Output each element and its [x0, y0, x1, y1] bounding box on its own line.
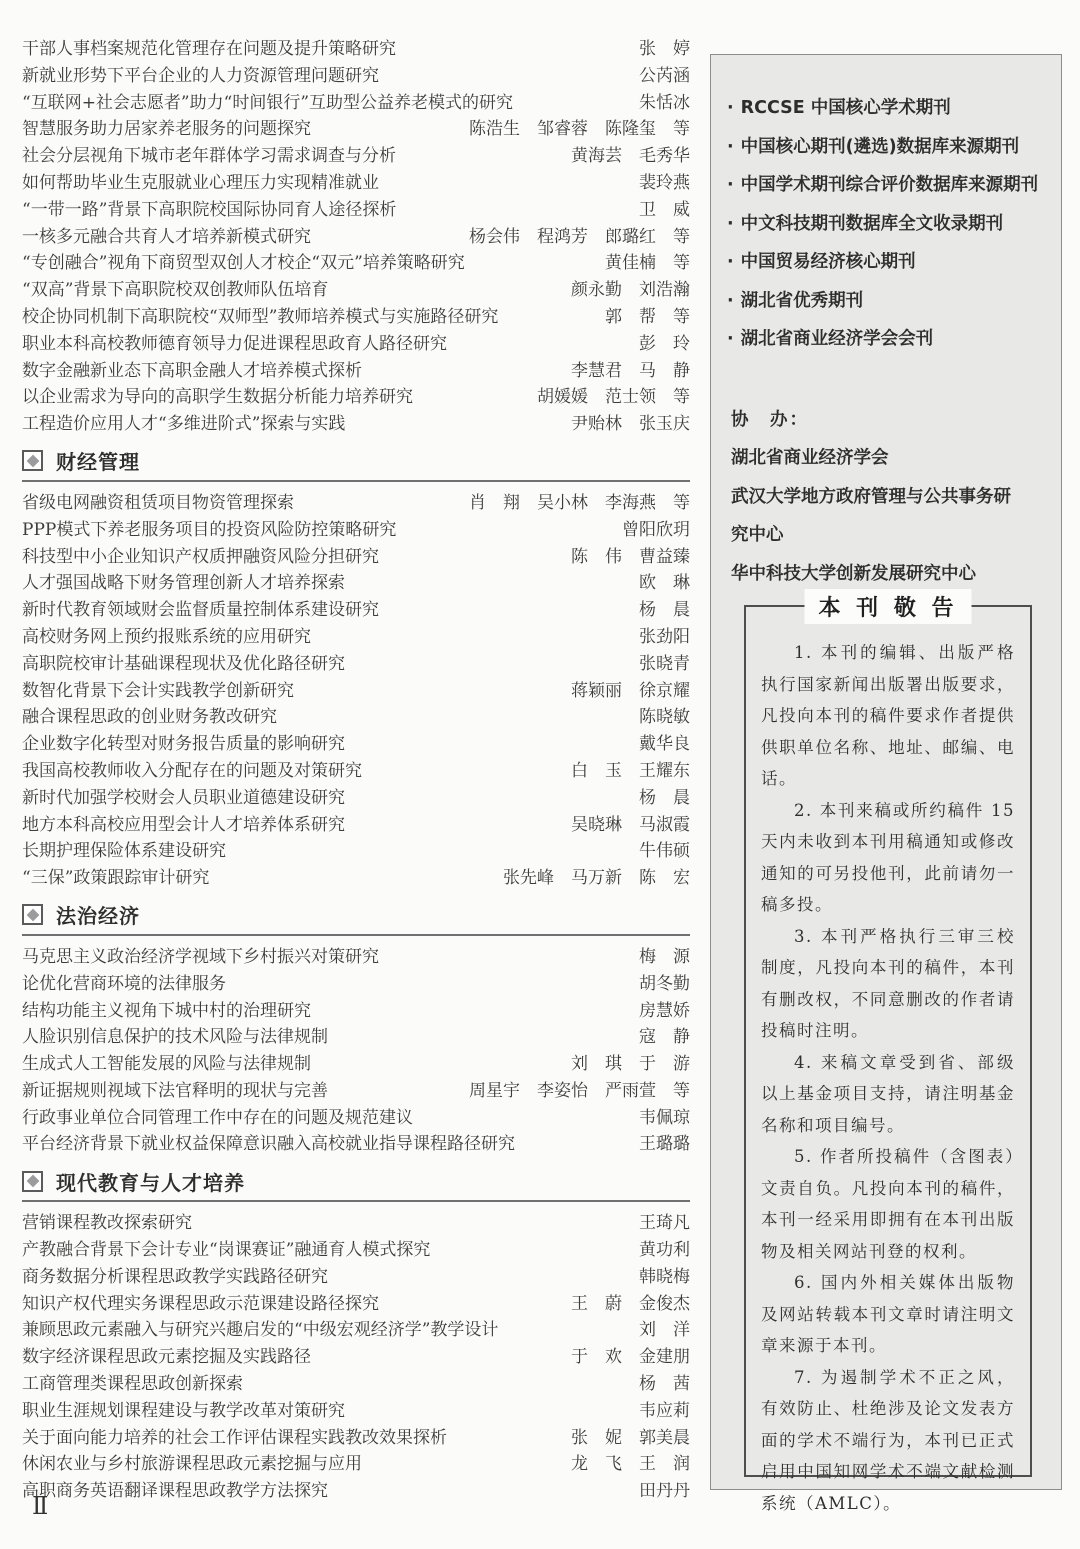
article-authors: 朱恬冰: [627, 90, 690, 117]
article-title: 以企业需求为导向的高职学生数据分析能力培养研究: [22, 384, 413, 411]
article-title: 新时代教育领域财会监督质量控制体系建设研究: [22, 597, 379, 624]
section-title: 现代教育与人才培养: [56, 1167, 245, 1196]
article-title: 数智化背景下会计实践教学创新研究: [22, 678, 294, 705]
section-divider: [22, 480, 690, 482]
notice-paragraph: 1. 本刊的编辑、出版严格执行国家新闻出版署出版要求，凡投向本刊的稿件要求作者提…: [761, 637, 1015, 795]
article-authors: 龙 飞 王 润: [559, 1451, 690, 1478]
toc-article-row: 人才强国战略下财务管理创新人才培养探索 欧 琳: [22, 570, 690, 597]
toc-article-row: 智慧服务助力居家养老服务的问题探究 陈浩生 邹睿蓉 陈隆玺 等: [22, 116, 690, 143]
toc-article-row: 兼顾思政元素融入与研究兴趣启发的“中级宏观经济学”教学设计 刘 洋: [22, 1317, 690, 1344]
toc-article-row: 社会分层视角下城市老年群体学习需求调查与分析 黄海芸 毛秀华: [22, 143, 690, 170]
article-authors: 黄佳楠 等: [593, 250, 690, 277]
toc-article-row: 新证据规则视域下法官释明的现状与完善 周星宇 李姿怡 严雨萱 等: [22, 1078, 690, 1105]
co-organizer-name: 武汉大学地方政府管理与公共事务研究中心: [731, 478, 1023, 555]
bullet-icon: ·: [727, 89, 734, 128]
article-authors: 裴玲燕: [627, 170, 690, 197]
section-header: 现代教育与人才培养: [22, 1166, 690, 1202]
article-title: 人才强国战略下财务管理创新人才培养探索: [22, 570, 345, 597]
accolade-item: · RCCSE 中国核心学术期刊: [727, 89, 1051, 128]
toc-article-row: 高校财务网上预约报账系统的应用研究 张劲阳: [22, 624, 690, 651]
article-title: 马克思主义政治经济学视域下乡村振兴对策研究: [22, 944, 379, 971]
toc-article-row: 商务数据分析课程思政教学实践路径研究 韩晓梅: [22, 1264, 690, 1291]
accolade-item: · 中国学术期刊综合评价数据库来源期刊: [727, 166, 1051, 205]
toc-article-row: 论优化营商环境的法律服务 胡冬勤: [22, 971, 690, 998]
article-authors: 张先峰 马万新 陈 宏: [491, 865, 690, 892]
article-title: 高校财务网上预约报账系统的应用研究: [22, 624, 311, 651]
article-title: 产教融合背景下会计专业“岗课赛证”融通育人模式探究: [22, 1237, 430, 1264]
article-title: 如何帮助毕业生克服就业心理压力实现精准就业: [22, 170, 379, 197]
article-title: PPP模式下养老服务项目的投资风险防控策略研究: [22, 517, 396, 544]
article-authors: 陈 伟 曹益臻: [559, 544, 690, 571]
toc-article-row: “专创融合”视角下商贸型双创人才校企“双元”培养策略研究 黄佳楠 等: [22, 250, 690, 277]
article-authors: 王 蔚 金俊杰: [559, 1291, 690, 1318]
article-authors: 卫 威: [627, 197, 690, 224]
article-title: “三保”政策跟踪审计研究: [22, 865, 209, 892]
accolade-item: · 湖北省商业经济学会会刊: [727, 320, 1051, 359]
section-divider: [22, 934, 690, 936]
article-authors: 杨 晨: [627, 785, 690, 812]
accolade-text: 中国核心期刊(遴选)数据库来源期刊: [741, 128, 1020, 167]
toc-article-row: 高职商务英语翻译课程思政教学方法探究 田丹丹: [22, 1478, 690, 1505]
accolade-text: 中国贸易经济核心期刊: [741, 243, 916, 282]
article-authors: 张 妮 郭美晨: [559, 1425, 690, 1452]
article-title: 地方本科高校应用型会计人才培养体系研究: [22, 812, 345, 839]
notice-paragraph: 4. 来稿文章受到省、部级以上基金项目支持，请注明基金名称和项目编号。: [761, 1047, 1015, 1142]
article-title: 行政事业单位合同管理工作中存在的问题及规范建议: [22, 1105, 413, 1132]
toc-article-row: 融合课程思政的创业财务教改研究 陈晓敏: [22, 704, 690, 731]
co-organizer-names: 湖北省商业经济学会 武汉大学地方政府管理与公共事务研究中心 华中科技大学创新发展…: [731, 439, 1023, 593]
toc-article-row: 营销课程教改探索研究 王琦凡: [22, 1210, 690, 1237]
notice-paragraph: 6. 国内外相关媒体出版物及网站转载本刊文章时请注明文章来源于本刊。: [761, 1267, 1015, 1362]
toc-article-row: 数字金融新业态下高职金融人才培养模式探析 李慧君 马 静: [22, 358, 690, 385]
article-authors: 胡冬勤: [627, 971, 690, 998]
article-title: 知识产权代理实务课程思政示范课建设路径探究: [22, 1291, 379, 1318]
co-organizer-name: 湖北省商业经济学会: [731, 439, 1023, 478]
article-authors: 郭 帮 等: [593, 304, 690, 331]
article-title: 干部人事档案规范化管理存在问题及提升策略研究: [22, 36, 396, 63]
article-authors: 白 玉 王耀东: [559, 758, 690, 785]
article-title: 我国高校教师收入分配存在的问题及对策研究: [22, 758, 362, 785]
toc-article-row: 科技型中小企业知识产权质押融资风险分担研究 陈 伟 曹益臻: [22, 544, 690, 571]
article-authors: 房慧娇: [627, 998, 690, 1025]
toc-article-row: “一带一路”背景下高职院校国际协同育人途径探析 卫 威: [22, 197, 690, 224]
article-authors: 周星宇 李姿怡 严雨萱 等: [457, 1078, 690, 1105]
article-title: 生成式人工智能发展的风险与法律规制: [22, 1051, 311, 1078]
article-authors: 刘 琪 于 游: [559, 1051, 690, 1078]
article-authors: 彭 玲: [627, 331, 690, 358]
article-authors: 欧 琳: [627, 570, 690, 597]
toc-article-row: 长期护理保险体系建设研究 牛伟硕: [22, 838, 690, 865]
article-authors: 张劲阳: [627, 624, 690, 651]
toc-article-row: 以企业需求为导向的高职学生数据分析能力培养研究 胡媛媛 范士领 等: [22, 384, 690, 411]
article-authors: 陈浩生 邹睿蓉 陈隆玺 等: [457, 116, 690, 143]
article-title: 商务数据分析课程思政教学实践路径研究: [22, 1264, 328, 1291]
article-title: 智慧服务助力居家养老服务的问题探究: [22, 116, 311, 143]
toc-article-row: 新时代教育领域财会监督质量控制体系建设研究 杨 晨: [22, 597, 690, 624]
notice-body: 1. 本刊的编辑、出版严格执行国家新闻出版署出版要求，凡投向本刊的稿件要求作者提…: [746, 607, 1030, 1519]
toc-article-row: 新时代加强学校财会人员职业道德建设研究 杨 晨: [22, 785, 690, 812]
article-authors: 梅 源: [627, 944, 690, 971]
article-title: 新证据规则视域下法官释明的现状与完善: [22, 1078, 328, 1105]
article-authors: 张 婷: [627, 36, 690, 63]
accolade-text: RCCSE 中国核心学术期刊: [741, 89, 951, 128]
toc-article-row: 新就业形势下平台企业的人力资源管理问题研究 公芮涵: [22, 63, 690, 90]
toc-article-row: 知识产权代理实务课程思政示范课建设路径探究 王 蔚 金俊杰: [22, 1291, 690, 1318]
accolade-item: · 中文科技期刊数据库全文收录期刊: [727, 205, 1051, 244]
notice-box: 本 刊 敬 告 1. 本刊的编辑、出版严格执行国家新闻出版署出版要求，凡投向本刊…: [744, 605, 1032, 1477]
article-authors: 寇 静: [627, 1024, 690, 1051]
accolade-item: · 中国核心期刊(遴选)数据库来源期刊: [727, 128, 1051, 167]
co-organizer-name: 华中科技大学创新发展研究中心: [731, 555, 1023, 594]
article-title: 高职院校审计基础课程现状及优化路径研究: [22, 651, 345, 678]
article-authors: 牛伟硕: [627, 838, 690, 865]
article-authors: 王琦凡: [627, 1210, 690, 1237]
article-title: 新时代加强学校财会人员职业道德建设研究: [22, 785, 345, 812]
article-authors: 王璐璐: [627, 1131, 690, 1158]
notice-title: 本 刊 敬 告: [805, 589, 972, 624]
toc-article-row: 平台经济背景下就业权益保障意识融入高校就业指导课程路径研究 王璐璐: [22, 1131, 690, 1158]
bullet-icon: ·: [727, 166, 734, 205]
article-title: 高职商务英语翻译课程思政教学方法探究: [22, 1478, 328, 1505]
toc-article-row: 干部人事档案规范化管理存在问题及提升策略研究 张 婷: [22, 36, 690, 63]
article-title: “专创融合”视角下商贸型双创人才校企“双元”培养策略研究: [22, 250, 465, 277]
toc-article-row: 职业本科高校教师德育领导力促进课程思政育人路径研究 彭 玲: [22, 331, 690, 358]
accolade-list: · RCCSE 中国核心学术期刊 · 中国核心期刊(遴选)数据库来源期刊 · 中…: [727, 89, 1051, 359]
accolade-text: 中国学术期刊综合评价数据库来源期刊: [741, 166, 1039, 205]
toc-article-row: 数字经济课程思政元素挖掘及实践路径 于 欢 金建朋: [22, 1344, 690, 1371]
article-title: 职业生涯规划课程建设与教学改革对策研究: [22, 1398, 345, 1425]
bullet-icon: ·: [727, 282, 734, 321]
article-authors: 刘 洋: [627, 1317, 690, 1344]
section-title: 财经管理: [56, 446, 140, 475]
diamond-icon: [22, 450, 43, 471]
article-authors: 胡媛媛 范士领 等: [525, 384, 690, 411]
article-title: 长期护理保险体系建设研究: [22, 838, 226, 865]
article-title: 工商管理类课程思政创新探索: [22, 1371, 243, 1398]
journal-toc-page: 干部人事档案规范化管理存在问题及提升策略研究 张 婷 新就业形势下平台企业的人力…: [0, 0, 1080, 1549]
page-number: Ⅱ: [32, 1492, 48, 1520]
bullet-icon: ·: [727, 205, 734, 244]
toc-article-row: 工商管理类课程思政创新探索 杨 茜: [22, 1371, 690, 1398]
article-title: 企业数字化转型对财务报告质量的影响研究: [22, 731, 345, 758]
article-authors: 韦应莉: [627, 1398, 690, 1425]
article-authors: 颜永勤 刘浩瀚: [559, 277, 690, 304]
article-title: 新就业形势下平台企业的人力资源管理问题研究: [22, 63, 379, 90]
toc-article-row: 高职院校审计基础课程现状及优化路径研究 张晓青: [22, 651, 690, 678]
article-title: 省级电网融资租赁项目物资管理探索: [22, 490, 294, 517]
article-authors: 张晓青: [627, 651, 690, 678]
article-authors: 尹贻林 张玉庆: [559, 411, 690, 438]
article-authors: 陈晓敏: [627, 704, 690, 731]
co-organizer-block: 协 办： 湖北省商业经济学会 武汉大学地方政府管理与公共事务研究中心 华中科技大…: [731, 401, 1023, 594]
section-title: 法治经济: [56, 900, 140, 929]
toc-article-row: 休闲农业与乡村旅游课程思政元素挖掘与应用 龙 飞 王 润: [22, 1451, 690, 1478]
accolade-item: · 中国贸易经济核心期刊: [727, 243, 1051, 282]
article-title: 营销课程教改探索研究: [22, 1210, 192, 1237]
toc-article-row: 职业生涯规划课程建设与教学改革对策研究 韦应莉: [22, 1398, 690, 1425]
section-divider: [22, 1200, 690, 1202]
toc-article-row: “互联网+社会志愿者”助力“时间银行”互助型公益养老模式的研究 朱恬冰: [22, 90, 690, 117]
toc-article-row: 我国高校教师收入分配存在的问题及对策研究 白 玉 王耀东: [22, 758, 690, 785]
co-organizer-label: 协 办：: [731, 401, 1023, 440]
article-authors: 戴华良: [627, 731, 690, 758]
article-title: 休闲农业与乡村旅游课程思政元素挖掘与应用: [22, 1451, 362, 1478]
notice-paragraph: 5. 作者所投稿件（含图表）文责自负。凡投向本刊的稿件，本刊一经采用即拥有在本刊…: [761, 1141, 1015, 1267]
toc-article-row: 生成式人工智能发展的风险与法律规制 刘 琪 于 游: [22, 1051, 690, 1078]
article-authors: 吴晓琳 马淑霞: [559, 812, 690, 839]
accolade-text: 湖北省优秀期刊: [741, 282, 864, 321]
toc-article-row: 校企协同机制下高职院校“双师型”教师培养模式与实施路径研究 郭 帮 等: [22, 304, 690, 331]
bullet-icon: ·: [727, 320, 734, 359]
article-title: 校企协同机制下高职院校“双师型”教师培养模式与实施路径研究: [22, 304, 498, 331]
article-authors: 黄功利: [627, 1237, 690, 1264]
article-authors: 黄海芸 毛秀华: [559, 143, 690, 170]
notice-paragraph: 2. 本刊来稿或所约稿件 15 天内未收到本刊用稿通知或修改通知的可另投他刊，此…: [761, 795, 1015, 921]
sidebar-panel: · RCCSE 中国核心学术期刊 · 中国核心期刊(遴选)数据库来源期刊 · 中…: [710, 54, 1062, 1490]
article-title: 关于面向能力培养的社会工作评估课程实践教改效果探析: [22, 1425, 447, 1452]
toc-article-row: 省级电网融资租赁项目物资管理探索 肖 翔 吴小林 李海燕 等: [22, 490, 690, 517]
toc-article-row: 数智化背景下会计实践教学创新研究 蒋颖丽 徐京耀: [22, 678, 690, 705]
article-authors: 肖 翔 吴小林 李海燕 等: [457, 490, 690, 517]
accolade-text: 湖北省商业经济学会会刊: [741, 320, 934, 359]
accolade-text: 中文科技期刊数据库全文收录期刊: [741, 205, 1004, 244]
toc-article-row: 人脸识别信息保护的技术风险与法律规制 寇 静: [22, 1024, 690, 1051]
toc-article-row: 关于面向能力培养的社会工作评估课程实践教改效果探析 张 妮 郭美晨: [22, 1425, 690, 1452]
diamond-icon: [22, 904, 43, 925]
toc-article-row: PPP模式下养老服务项目的投资风险防控策略研究 曾阳欣玥: [22, 517, 690, 544]
toc-column: 干部人事档案规范化管理存在问题及提升策略研究 张 婷 新就业形势下平台企业的人力…: [22, 36, 690, 1505]
toc-article-row: “双高”背景下高职院校双创教师队伍培育 颜永勤 刘浩瀚: [22, 277, 690, 304]
article-authors: 韦佩琼: [627, 1105, 690, 1132]
toc-article-row: 工程造价应用人才“多维进阶式”探索与实践 尹贻林 张玉庆: [22, 411, 690, 438]
article-authors: 公芮涵: [627, 63, 690, 90]
article-authors: 曾阳欣玥: [610, 517, 690, 544]
bullet-icon: ·: [727, 128, 734, 167]
toc-article-row: 企业数字化转型对财务报告质量的影响研究 戴华良: [22, 731, 690, 758]
article-title: 科技型中小企业知识产权质押融资风险分担研究: [22, 544, 379, 571]
article-authors: 李慧君 马 静: [559, 358, 690, 385]
article-title: “双高”背景下高职院校双创教师队伍培育: [22, 277, 328, 304]
article-title: 社会分层视角下城市老年群体学习需求调查与分析: [22, 143, 396, 170]
article-title: 结构功能主义视角下城中村的治理研究: [22, 998, 311, 1025]
toc-article-row: 一核多元融合共育人才培养新模式研究 杨会伟 程鸿芳 郎璐红 等: [22, 224, 690, 251]
diamond-icon: [22, 1171, 43, 1192]
article-title: 融合课程思政的创业财务教改研究: [22, 704, 277, 731]
article-authors: 杨 晨: [627, 597, 690, 624]
article-title: “互联网+社会志愿者”助力“时间银行”互助型公益养老模式的研究: [22, 90, 513, 117]
toc-article-row: 结构功能主义视角下城中村的治理研究 房慧娇: [22, 998, 690, 1025]
article-authors: 杨会伟 程鸿芳 郎璐红 等: [457, 224, 690, 251]
article-title: 论优化营商环境的法律服务: [22, 971, 226, 998]
toc-article-row: 行政事业单位合同管理工作中存在的问题及规范建议 韦佩琼: [22, 1105, 690, 1132]
article-title: 数字金融新业态下高职金融人才培养模式探析: [22, 358, 362, 385]
toc-article-row: 马克思主义政治经济学视域下乡村振兴对策研究 梅 源: [22, 944, 690, 971]
article-title: 兼顾思政元素融入与研究兴趣启发的“中级宏观经济学”教学设计: [22, 1317, 498, 1344]
toc-article-row: “三保”政策跟踪审计研究 张先峰 马万新 陈 宏: [22, 865, 690, 892]
toc-article-row: 产教融合背景下会计专业“岗课赛证”融通育人模式探究 黄功利: [22, 1237, 690, 1264]
article-authors: 韩晓梅: [627, 1264, 690, 1291]
article-title: 职业本科高校教师德育领导力促进课程思政育人路径研究: [22, 331, 447, 358]
article-title: 平台经济背景下就业权益保障意识融入高校就业指导课程路径研究: [22, 1131, 515, 1158]
article-title: “一带一路”背景下高职院校国际协同育人途径探析: [22, 197, 396, 224]
toc-article-row: 如何帮助毕业生克服就业心理压力实现精准就业 裴玲燕: [22, 170, 690, 197]
article-authors: 蒋颖丽 徐京耀: [559, 678, 690, 705]
article-authors: 田丹丹: [627, 1478, 690, 1505]
article-authors: 于 欢 金建朋: [559, 1344, 690, 1371]
bullet-icon: ·: [727, 243, 734, 282]
notice-paragraph: 7. 为遏制学术不正之风，有效防止、杜绝涉及论文发表方面的学术不端行为，本刊已正…: [761, 1362, 1015, 1520]
section-header: 法治经济: [22, 900, 690, 936]
article-title: 数字经济课程思政元素挖掘及实践路径: [22, 1344, 311, 1371]
article-authors: 杨 茜: [627, 1371, 690, 1398]
accolade-item: · 湖北省优秀期刊: [727, 282, 1051, 321]
article-title: 工程造价应用人才“多维进阶式”探索与实践: [22, 411, 345, 438]
article-title: 一核多元融合共育人才培养新模式研究: [22, 224, 311, 251]
notice-paragraph: 3. 本刊严格执行三审三校制度，凡投向本刊的稿件，本刊有删改权，不同意删改的作者…: [761, 921, 1015, 1047]
toc-article-row: 地方本科高校应用型会计人才培养体系研究 吴晓琳 马淑霞: [22, 812, 690, 839]
section-header: 财经管理: [22, 446, 690, 482]
article-title: 人脸识别信息保护的技术风险与法律规制: [22, 1024, 328, 1051]
